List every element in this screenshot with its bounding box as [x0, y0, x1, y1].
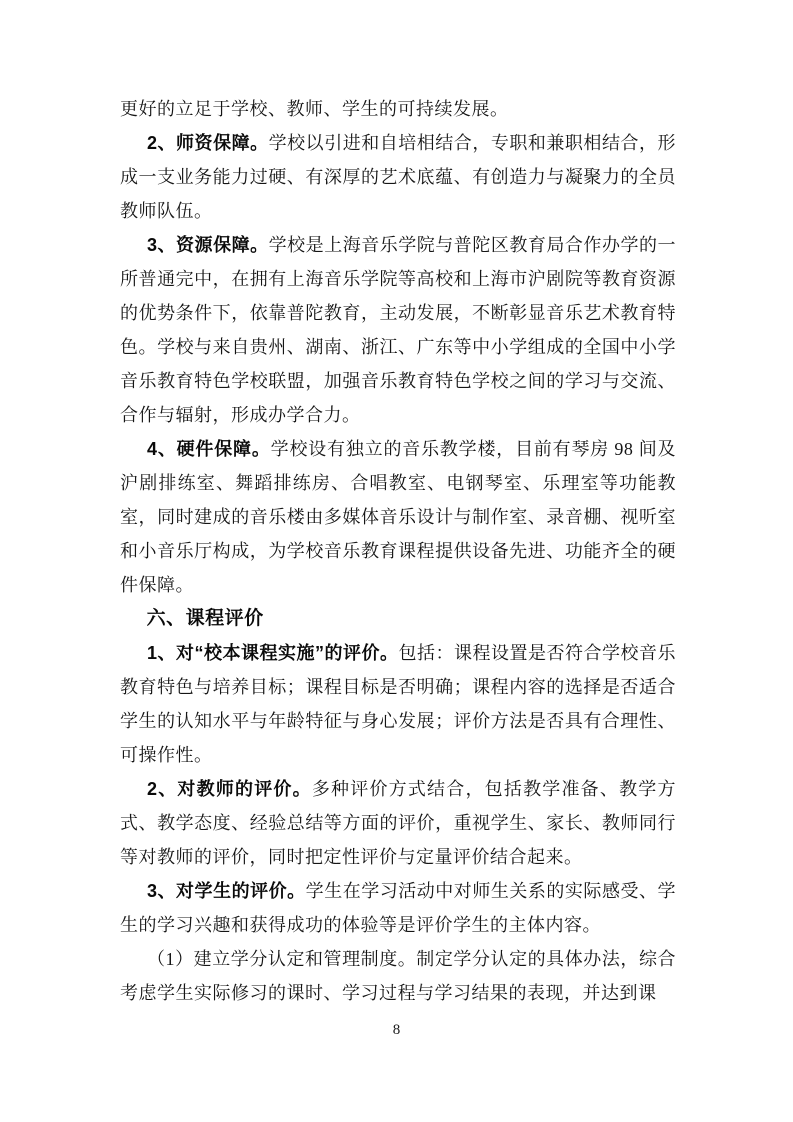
document-page: 更好的立足于学校、教师、学生的可持续发展。 2、师资保障。学校以引进和自培相结合… — [0, 0, 793, 1122]
page-number: 8 — [393, 1022, 401, 1038]
paragraph-teacher-guarantee: 2、师资保障。学校以引进和自培相结合，专职和兼职相结合，形成一支业务能力过硬、有… — [120, 126, 676, 228]
paragraph-resource-guarantee: 3、资源保障。学校是上海音乐学院与普陀区教育局合作办学的一所普通完中，在拥有上海… — [120, 228, 676, 432]
paragraph-text: 更好的立足于学校、教师、学生的可持续发展。 — [120, 99, 509, 119]
paragraph-teacher-evaluation: 2、对教师的评价。多种评价方式结合，包括教学准备、教学方式、教学态度、经验总结等… — [120, 772, 676, 874]
paragraph-text: （1）建立学分认定和管理制度。制定学分认定的具体办法，综合考虑学生实际修习的课时… — [120, 949, 676, 1003]
paragraph-curriculum-implementation-evaluation: 1、对“校本课程实施”的评价。包括：课程设置是否符合学校音乐教育特色与培养目标；… — [120, 636, 676, 772]
paragraph-hardware-guarantee: 4、硬件保障。学校设有独立的音乐教学楼，目前有琴房 98 间及沪剧排练室、舞蹈排… — [120, 432, 676, 602]
paragraph-lead: 2、对教师的评价。 — [147, 779, 312, 799]
paragraph-lead: 1、对“校本课程实施”的评价。 — [147, 643, 399, 663]
paragraph-lead: 3、对学生的评价。 — [147, 881, 306, 901]
paragraph-lead: 4、硬件保障。 — [147, 439, 271, 459]
paragraph-credit-system: （1）建立学分认定和管理制度。制定学分认定的具体办法，综合考虑学生实际修习的课时… — [120, 942, 676, 1010]
paragraph-lead: 2、师资保障。 — [147, 133, 269, 153]
section-heading-text: 六、课程评价 — [147, 608, 264, 629]
paragraph-lead: 3、资源保障。 — [147, 235, 269, 255]
paragraph-student-evaluation: 3、对学生的评价。学生在学习活动中对师生关系的实际感受、学生的学习兴趣和获得成功… — [120, 874, 676, 942]
section-heading-course-evaluation: 六、课程评价 — [120, 602, 676, 636]
paragraph-text: 学校是上海音乐学院与普陀区教育局合作办学的一所普通完中，在拥有上海音乐学院等高校… — [120, 235, 676, 425]
paragraph-continuation: 更好的立足于学校、教师、学生的可持续发展。 — [120, 92, 676, 126]
paragraph-text: 学校设有独立的音乐教学楼，目前有琴房 98 间及沪剧排练室、舞蹈排练房、合唱教室… — [120, 439, 676, 595]
page-footer: 8 — [0, 1022, 793, 1039]
document-body: 更好的立足于学校、教师、学生的可持续发展。 2、师资保障。学校以引进和自培相结合… — [120, 92, 676, 1010]
